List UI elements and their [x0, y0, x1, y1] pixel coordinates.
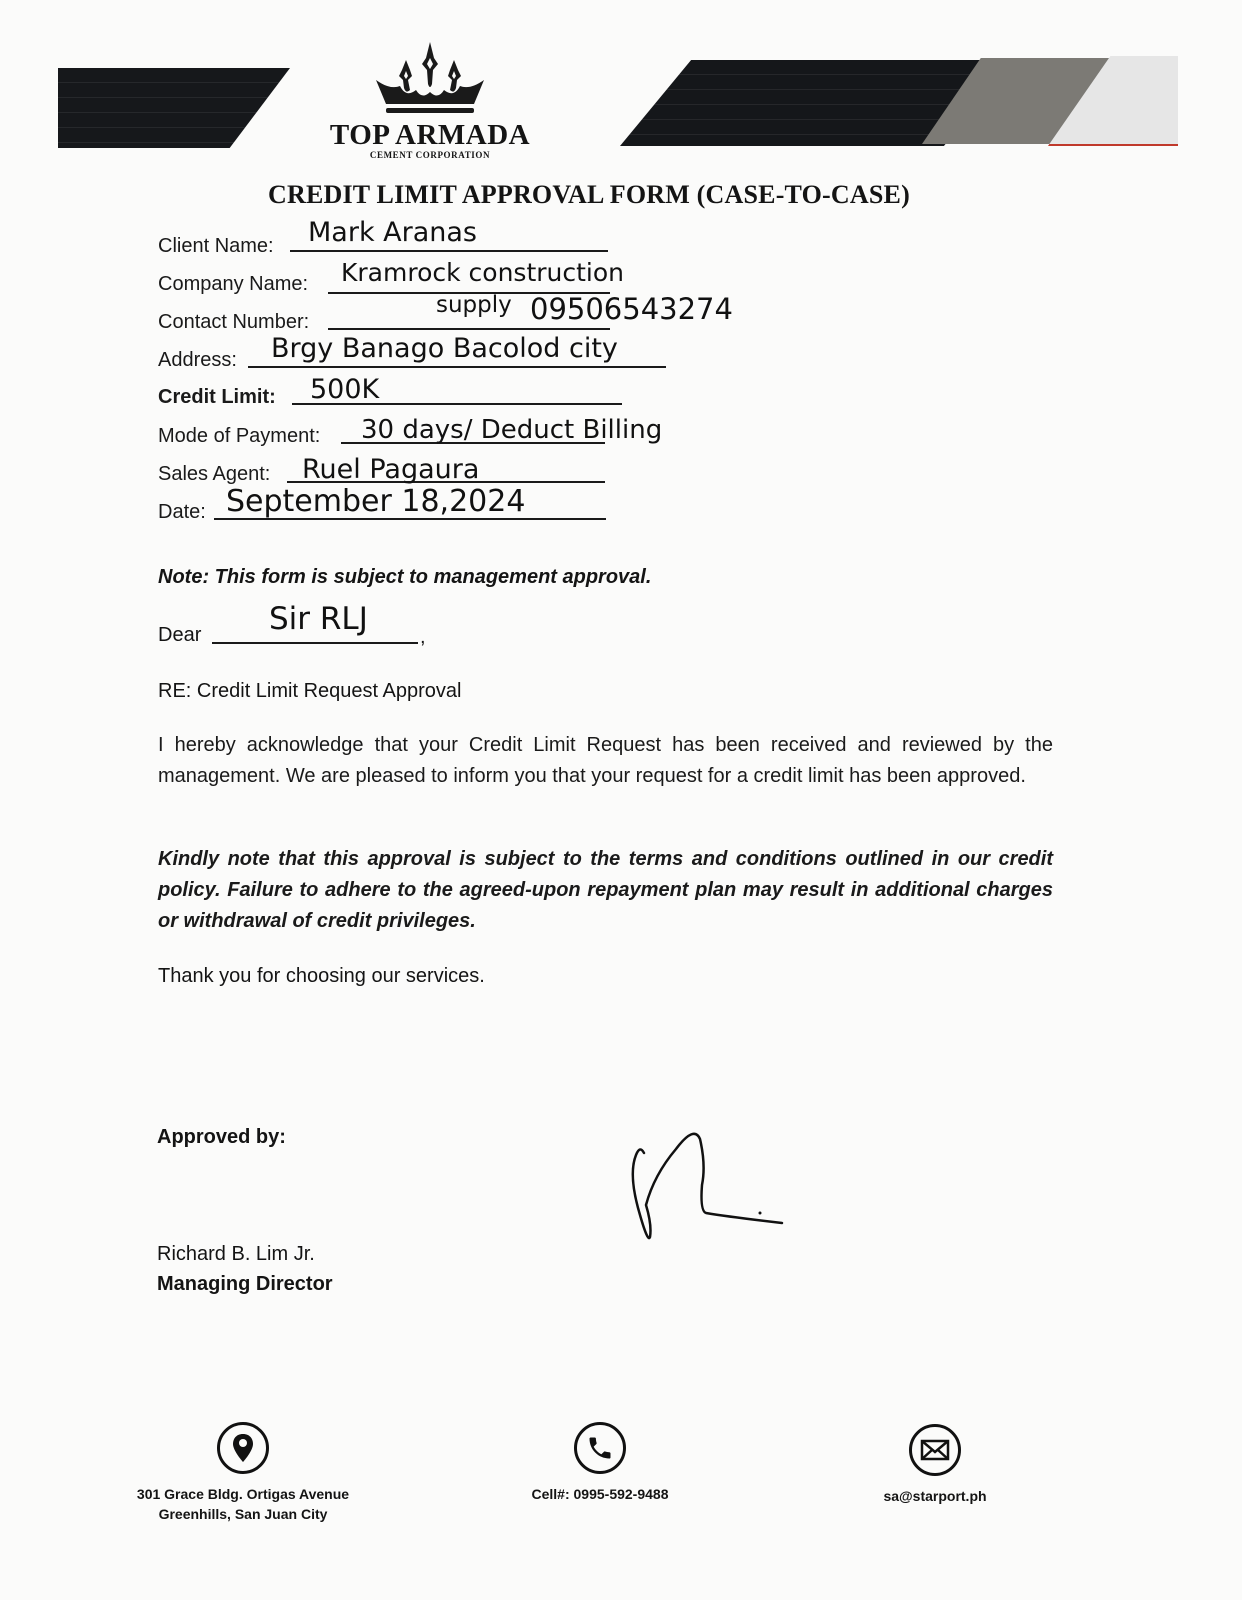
- footer-address-line1: 301 Grace Bldg. Ortigas Avenue: [118, 1484, 368, 1504]
- footer-phone-text: Cell#: 0995-592-9488: [500, 1484, 700, 1504]
- date-value[interactable]: September 18,2024: [226, 487, 525, 517]
- client-name-value[interactable]: Mark Aranas: [308, 219, 477, 246]
- footer-email-text[interactable]: sa@starport.ph: [860, 1486, 1010, 1506]
- acknowledgement-paragraph: I hereby acknowledge that your Credit Li…: [158, 730, 1053, 792]
- crown-icon: [370, 40, 490, 120]
- company-name-label: Company Name:: [158, 273, 308, 295]
- footer-address: 301 Grace Bldg. Ortigas Avenue Greenhill…: [118, 1422, 368, 1524]
- address-value[interactable]: Brgy Banago Bacolod city: [271, 335, 618, 362]
- approver-name: Richard B. Lim Jr.: [157, 1243, 315, 1266]
- approver-title: Managing Director: [157, 1273, 333, 1296]
- company-logo: TOP ARMADA CEMENT CORPORATION: [320, 40, 540, 160]
- location-pin-icon: [217, 1422, 269, 1474]
- company-subtitle: CEMENT CORPORATION: [320, 150, 540, 160]
- contact-number-value[interactable]: 09506543274: [530, 295, 733, 324]
- field-credit-limit: Credit Limit:: [158, 386, 276, 409]
- signature-image: [620, 1125, 800, 1255]
- field-contact-number: Contact Number:: [158, 311, 309, 334]
- footer-email: sa@starport.ph: [860, 1424, 1010, 1506]
- address-label: Address:: [158, 349, 237, 371]
- terms-paragraph: Kindly note that this approval is subjec…: [158, 844, 1053, 937]
- phone-icon: [574, 1422, 626, 1474]
- field-mode-of-payment: Mode of Payment:: [158, 425, 320, 448]
- company-name-value[interactable]: Kramrock construction: [341, 260, 624, 285]
- approved-by-label: Approved by:: [157, 1126, 286, 1149]
- address-line: [248, 366, 666, 368]
- field-date: Date:: [158, 501, 206, 524]
- company-name-value-overflow[interactable]: supply: [436, 294, 512, 317]
- date-label: Date:: [158, 501, 206, 523]
- contact-number-line: [328, 328, 610, 330]
- client-name-label: Client Name:: [158, 235, 274, 257]
- contact-number-label: Contact Number:: [158, 311, 309, 333]
- credit-limit-label: Credit Limit:: [158, 386, 276, 408]
- sales-agent-label: Sales Agent:: [158, 463, 270, 485]
- recipient-value[interactable]: Sir RLJ: [269, 604, 368, 635]
- re-line: RE: Credit Limit Request Approval: [158, 680, 461, 703]
- footer-phone: Cell#: 0995-592-9488: [500, 1422, 700, 1504]
- closing-line: Thank you for choosing our services.: [158, 965, 485, 988]
- credit-limit-value[interactable]: 500K: [310, 376, 379, 403]
- salutation-label: Dear: [158, 624, 201, 646]
- sales-agent-value[interactable]: Ruel Pagaura: [302, 456, 479, 483]
- field-company-name: Company Name:: [158, 273, 308, 296]
- footer-address-line2: Greenhills, San Juan City: [118, 1504, 368, 1524]
- field-address: Address:: [158, 349, 237, 372]
- mode-of-payment-label: Mode of Payment:: [158, 425, 320, 447]
- form-title: CREDIT LIMIT APPROVAL FORM (CASE-TO-CASE…: [268, 180, 910, 210]
- mode-of-payment-value[interactable]: 30 days/ Deduct Billing: [361, 417, 662, 443]
- client-name-line: [290, 250, 608, 252]
- salutation-comma: ,: [420, 626, 426, 649]
- company-name: TOP ARMADA: [320, 120, 540, 150]
- salutation: Dear: [158, 624, 201, 647]
- envelope-icon: [909, 1424, 961, 1476]
- recipient-line: [212, 642, 418, 644]
- field-sales-agent: Sales Agent:: [158, 463, 270, 486]
- approval-note: Note: This form is subject to management…: [158, 566, 651, 589]
- field-client-name: Client Name:: [158, 235, 274, 258]
- header-bar-left: [58, 68, 290, 148]
